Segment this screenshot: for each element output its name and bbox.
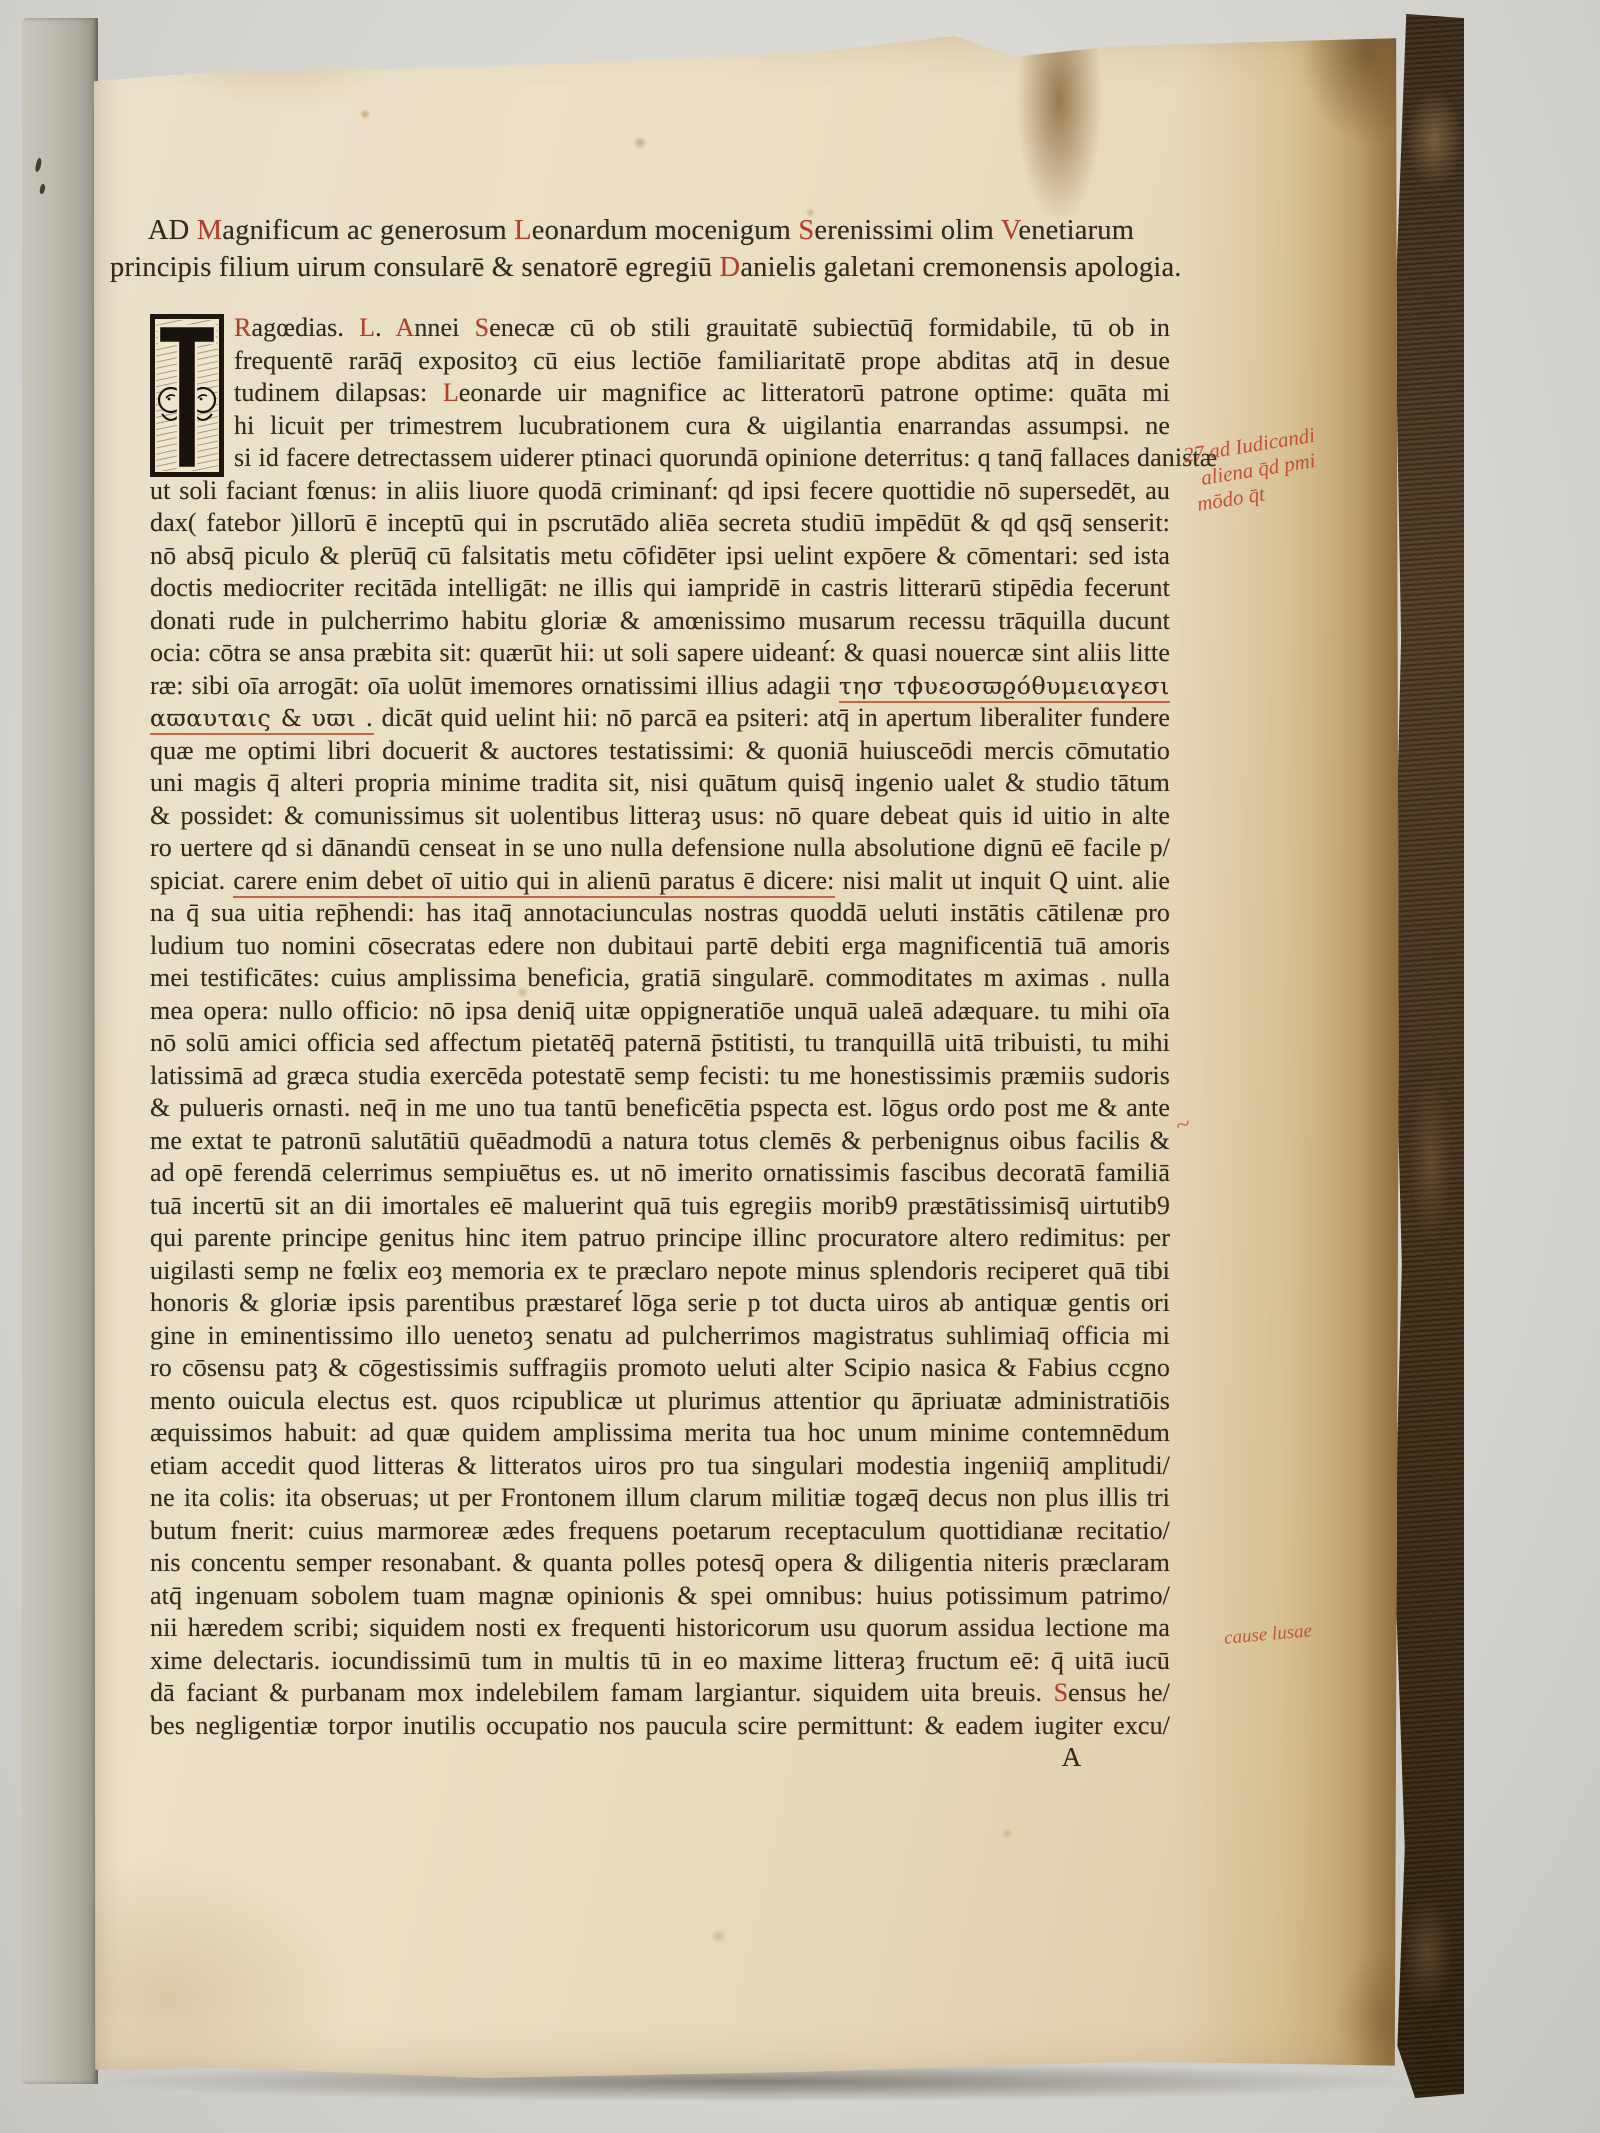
ink-mark <box>39 184 46 195</box>
text-segment: nō solū amici officia sed affectum pieta… <box>150 1028 1170 1057</box>
text-segment: agœdias. <box>251 313 359 342</box>
text-block: Ragœdias. L. Annei Senecæ cū ob stili gr… <box>150 312 1170 1742</box>
text-line: spiciat. carere enim debet oī uitio qui … <box>150 865 1170 898</box>
text-line: me extat te patronū salutātiū quēadmodū … <box>150 1125 1170 1158</box>
text-segment: eonarde uir magnifice ac litteratorū pat… <box>459 378 1170 407</box>
rubricated-letter: L <box>514 215 532 246</box>
greek-text: αϖαυταις & υϖι . <box>150 704 374 735</box>
text-segment: tudinem dilapsas: <box>234 378 443 407</box>
text-segment: ut soli faciant fœnus: in aliis liuore q… <box>150 476 1170 505</box>
text-line: mento ouicula electus est. quos rcipubli… <box>150 1385 1170 1418</box>
dedication-heading: AD Magnificum ac generosum Leonardum moc… <box>110 212 1172 286</box>
marginal-note-red-top: 27 ad Iudicandialiena q̄d pmimōdo q̄t <box>1181 409 1410 517</box>
text-line: nō solū amici officia sed affectum pieta… <box>150 1027 1170 1060</box>
book-spine <box>1390 14 1464 2098</box>
text-segment: nis concentu semper resonabant. & quanta… <box>150 1548 1170 1577</box>
text-line: uigilasti semp ne fœlix eoȝ memoria ex t… <box>150 1255 1170 1288</box>
rubricated-letter: S <box>475 313 490 342</box>
text-line: ro cōsensu patȝ & cōgestissimis suffragi… <box>150 1352 1170 1385</box>
book-page: AD Magnificum ac generosum Leonardum moc… <box>90 28 1400 2080</box>
greek-text: τησ τϕυεοσϖϱόθυμειαγεσι <box>839 672 1170 703</box>
text-segment: etiam accedit quod litteras & litteratos… <box>150 1451 1170 1480</box>
text-segment: frequentē rarāq̄ expositoȝ cū eius lecti… <box>234 346 1170 375</box>
text-segment: ludium tuo nomini cōsecratas edere non d… <box>150 931 1170 960</box>
text-segment: si id facere detrectassem uiderer ptinac… <box>234 443 1217 472</box>
text-line: mea opera: nullo officio: nō ipsa deniq̄… <box>150 995 1170 1028</box>
text-segment: AD <box>148 215 197 246</box>
text-segment: ocia: cōtra se ansa præbita sit: quærūt … <box>150 638 1170 667</box>
text-segment: eonardum mocenigum <box>532 215 799 246</box>
rubricated-letter: S <box>798 215 814 246</box>
text-line: & possidet: & comunissimus sit uolentibu… <box>150 800 1170 833</box>
text-line: dax( fatebor )illorū ē inceptū qui in ps… <box>150 507 1170 540</box>
text-line: latissimā ad græca studia exercēda potes… <box>150 1060 1170 1093</box>
ink-mark <box>34 158 42 173</box>
text-line: atq̄ ingenuam sobolem tuam magnæ opinion… <box>150 1580 1170 1613</box>
text-segment: ro cōsensu patȝ & cōgestissimis suffragi… <box>150 1353 1170 1382</box>
text-line: mei testificātes: cuius amplissima benef… <box>150 962 1170 995</box>
rubricated-letter: D <box>720 252 741 283</box>
text-line: ocia: cōtra se ansa præbita sit: quærūt … <box>150 637 1170 670</box>
text-segment: & possidet: & comunissimus sit uolentibu… <box>150 801 1170 830</box>
text-line: ad opē ferendā celerrimus sempiuētus es.… <box>150 1157 1170 1190</box>
text-line: butum fnerit: cuius marmoreæ ædes freque… <box>150 1515 1170 1548</box>
text-segment: ræ: sibi oīa arrogāt: oīa uolūt imemores… <box>150 671 839 700</box>
text-segment: hi licuit per trimestrem lucubrationem c… <box>234 411 1170 440</box>
text-line: uni magis q̄ alteri propria minime tradi… <box>150 767 1170 800</box>
text-segment: agnificum ac generosum <box>222 215 514 246</box>
photo-background: AD Magnificum ac generosum Leonardum moc… <box>0 0 1600 2133</box>
text-segment: ensus he/ <box>1068 1678 1170 1707</box>
text-segment: nō absq̄ piculo & plerūq̄ cū falsitatis … <box>150 541 1170 570</box>
rubricated-letter: L <box>443 378 459 407</box>
signature-mark: A <box>1042 1742 1102 1773</box>
text-segment: mei testificātes: cuius amplissima benef… <box>150 963 1170 992</box>
text-line: αϖαυταις & υϖι . dicāt quid uelint hii: … <box>150 702 1170 735</box>
text-line: doctis mediocriter recitāda intelligāt: … <box>150 572 1170 605</box>
text-segment: spiciat. <box>150 866 233 895</box>
text-segment: nisi malit ut inquit Q uint. alie <box>835 866 1170 895</box>
text-segment: atq̄ ingenuam sobolem tuam magnæ opinion… <box>150 1581 1170 1610</box>
text-segment: na q̄ sua uitia rep̄hendi: has itaq̄ ann… <box>150 898 1170 927</box>
text-segment: dā faciant & purbanam mox indelebilem fa… <box>150 1678 1054 1707</box>
text-segment: nii hæredem scribi; siquidem nosti ex fr… <box>150 1613 1170 1642</box>
text-segment: erenissimi olim <box>814 215 1000 246</box>
text-segment: enecæ cū ob stili grauitatē subiectūq̄ f… <box>489 313 1170 342</box>
text-line: nō absq̄ piculo & plerūq̄ cū falsitatis … <box>150 540 1170 573</box>
text-segment: me extat te patronū salutātiū quēadmodū … <box>150 1126 1170 1155</box>
text-segment: dax( fatebor )illorū ē inceptū qui in ps… <box>150 508 1170 537</box>
text-segment: dicāt quid uelint hii: nō parcā ea psite… <box>374 703 1170 732</box>
text-line: ne ita colis: ita obseruas; ut per Front… <box>150 1482 1170 1515</box>
text-segment: mea opera: nullo officio: nō ipsa deniq̄… <box>150 996 1170 1025</box>
text-line: nis concentu semper resonabant. & quanta… <box>150 1547 1170 1580</box>
text-segment: honoris & gloriæ ipsis parentibus præsta… <box>150 1288 1170 1317</box>
text-segment: enetiarum <box>1018 215 1134 246</box>
text-segment: anielis galetani cremonensis apologia. <box>740 252 1181 283</box>
text-line: frequentē rarāq̄ expositoȝ cū eius lecti… <box>234 345 1170 378</box>
rubricated-letter: S <box>1054 1678 1069 1707</box>
text-segment: æquissimos habuit: ad quæ quidem ampliss… <box>150 1418 1170 1447</box>
text-segment: quæ me optimi libri docuerit & auctores … <box>150 736 1170 765</box>
text-line: ut soli faciant fœnus: in aliis liuore q… <box>150 475 1170 508</box>
rubricated-letter: R <box>234 313 251 342</box>
heading-line: principis filium uirum consularē & senat… <box>110 249 1172 286</box>
text-segment: ne ita colis: ita obseruas; ut per Front… <box>150 1483 1170 1512</box>
text-segment: doctis mediocriter recitāda intelligāt: … <box>150 573 1170 602</box>
text-line: ro uertere qd si dānandū censeat in se u… <box>150 832 1170 865</box>
text-segment: latissimā ad græca studia exercēda potes… <box>150 1061 1170 1090</box>
text-line: qui parente principe genitus hinc item p… <box>150 1222 1170 1255</box>
rubricated-letter: M <box>197 215 223 246</box>
text-line: & pulueris ornasti. neq̄ in me uno tua t… <box>150 1092 1170 1125</box>
text-segment: uigilasti semp ne fœlix eoȝ memoria ex t… <box>150 1256 1170 1285</box>
text-segment: mento ouicula electus est. quos rcipubli… <box>150 1386 1170 1415</box>
text-line: donati rude in pulcherrimo habitu gloriæ… <box>150 605 1170 638</box>
text-segment: uni magis q̄ alteri propria minime tradi… <box>150 768 1170 797</box>
text-line: bes negligentiæ torpor inutilis occupati… <box>150 1710 1170 1743</box>
text-segment: ad opē ferendā celerrimus sempiuētus es.… <box>150 1158 1170 1187</box>
text-line: hi licuit per trimestrem lucubrationem c… <box>234 410 1170 443</box>
text-segment: . <box>375 313 395 342</box>
text-line: tuā incertū sit an dii imortales eē malu… <box>150 1190 1170 1223</box>
book-fore-edge <box>22 18 98 2084</box>
heading-line: AD Magnificum ac generosum Leonardum moc… <box>110 212 1172 249</box>
text-segment: ro uertere qd si dānandū censeat in se u… <box>150 833 1170 862</box>
text-segment: qui parente principe genitus hinc item p… <box>150 1223 1170 1252</box>
text-segment: gine in eminentissimo illo uenetoȝ senat… <box>150 1321 1170 1350</box>
text-line: na q̄ sua uitia rep̄hendi: has itaq̄ ann… <box>150 897 1170 930</box>
marginal-mark-red: ~ <box>1172 1109 1195 1142</box>
text-line: tudinem dilapsas: Leonarde uir magnifice… <box>234 377 1170 410</box>
rubricated-letter: L <box>359 313 375 342</box>
text-line: nii hæredem scribi; siquidem nosti ex fr… <box>150 1612 1170 1645</box>
text-segment: carere enim debet oī uitio qui in alienū… <box>233 866 834 898</box>
text-line: xime delectaris. iocundissimū tum in mul… <box>150 1645 1170 1678</box>
text-segment: butum fnerit: cuius marmoreæ ædes freque… <box>150 1516 1170 1545</box>
text-line: honoris & gloriæ ipsis parentibus præsta… <box>150 1287 1170 1320</box>
text-line: dā faciant & purbanam mox indelebilem fa… <box>150 1677 1170 1710</box>
text-segment: tuā incertū sit an dii imortales eē malu… <box>150 1191 1170 1220</box>
rubricated-letter: V <box>1001 215 1019 246</box>
marginal-note-red-bottom: cause lusae <box>1223 1620 1313 1650</box>
text-segment: & pulueris ornasti. neq̄ in me uno tua t… <box>150 1093 1170 1122</box>
text-segment: donati rude in pulcherrimo habitu gloriæ… <box>150 606 1170 635</box>
text-segment: xime delectaris. iocundissimū tum in mul… <box>150 1646 1170 1675</box>
rubricated-letter: A <box>395 313 414 342</box>
text-line: si id facere detrectassem uiderer ptinac… <box>234 442 1170 475</box>
text-segment: bes negligentiæ torpor inutilis occupati… <box>150 1711 1170 1740</box>
text-line: etiam accedit quod litteras & litteratos… <box>150 1450 1170 1483</box>
text-line: ræ: sibi oīa arrogāt: oīa uolūt imemores… <box>150 670 1170 703</box>
text-segment: nnei <box>414 313 474 342</box>
text-line: quæ me optimi libri docuerit & auctores … <box>150 735 1170 768</box>
text-line: Ragœdias. L. Annei Senecæ cū ob stili gr… <box>234 312 1170 345</box>
text-line: gine in eminentissimo illo uenetoȝ senat… <box>150 1320 1170 1353</box>
text-line: ludium tuo nomini cōsecratas edere non d… <box>150 930 1170 963</box>
text-line: æquissimos habuit: ad quæ quidem ampliss… <box>150 1417 1170 1450</box>
text-segment: principis filium uirum consularē & senat… <box>110 252 720 283</box>
